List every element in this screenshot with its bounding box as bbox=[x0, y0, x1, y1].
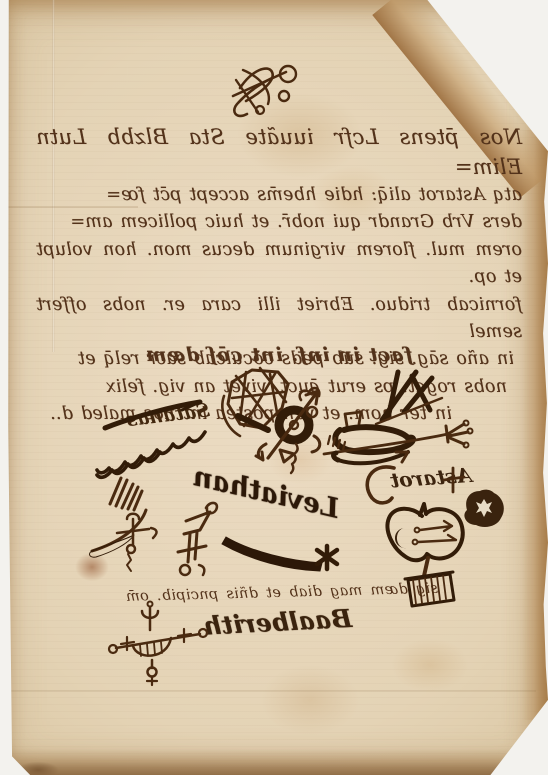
pact-text-block: Nos p̄tens Lcfr iuuãte Sta Blzbb Lutn El… bbox=[36, 122, 522, 429]
pact-line: ders Vrb Grandr qui nobr̄. et huic polli… bbox=[36, 209, 522, 236]
leviathan-star-mark bbox=[222, 537, 337, 571]
colophon-notation: sig dæm mag diab et dñis pncipib. om̄ bbox=[112, 581, 438, 606]
signature-astaroth: Astarot bbox=[381, 463, 472, 493]
signature-leviathan: Leviathan bbox=[212, 466, 342, 525]
torn-right-edge bbox=[522, 130, 548, 720]
pact-line: atq Astarot aliq̄: hdie hbem̄s accept pc… bbox=[36, 182, 522, 209]
pact-line: nobs rogat. ps erut q̄uct. vivet an vig.… bbox=[36, 374, 507, 401]
elimi-feather-seal bbox=[89, 478, 156, 571]
pact-line: orem mul. florem virginum decus mon. hon… bbox=[36, 237, 522, 292]
signature-baalberith: Baalberith bbox=[195, 604, 352, 641]
pact-line: Nos p̄tens Lcfr iuuãte Sta Blzbb Lutn El… bbox=[36, 122, 522, 182]
pact-closing-line: fact in inf. int cōſ dæm bbox=[36, 344, 522, 366]
f-glyph-seal bbox=[178, 503, 217, 575]
pact-line: fornicab triduo. Ebriet illi cara er. no… bbox=[36, 292, 522, 347]
manuscript-page: Nos p̄tens Lcfr iuuãte Sta Blzbb Lutn El… bbox=[0, 0, 548, 775]
top-monogram-seal bbox=[233, 66, 296, 116]
torn-bottom-edge bbox=[0, 749, 548, 775]
fold-crease-horizontal-2 bbox=[10, 690, 536, 692]
page-left-edge bbox=[0, 0, 11, 775]
baalberith-chalice-seal bbox=[109, 602, 207, 686]
astaroth-star-blob bbox=[464, 490, 503, 527]
